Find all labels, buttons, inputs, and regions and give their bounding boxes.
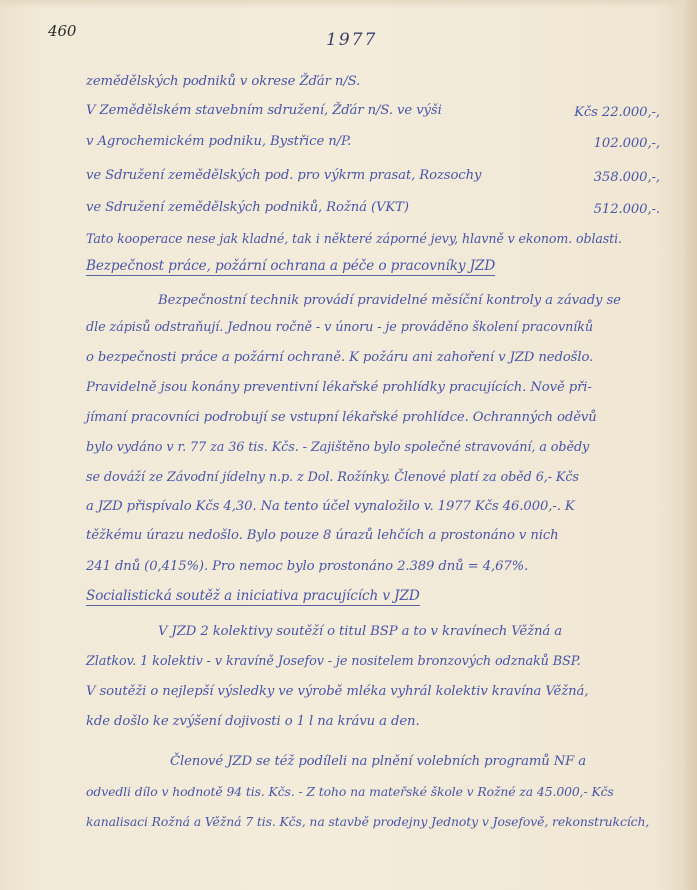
chronicle-page: 460 1977 zemědělských podniků v okrese Ž… [0,0,697,890]
investment-text: ve Sdružení zemědělských podniků, Rožná … [86,200,409,215]
paragraph-line: a JZD přispívalo Kčs 4,30. Na tento účel… [86,499,575,514]
investment-amount: 512.000,-. [520,202,660,217]
paragraph-line: odvedli dílo v hodnotě 94 tis. Kčs. - Z … [86,784,614,799]
investment-amount: 358.000,-, [520,170,660,185]
paragraph-line: se dováží ze Závodní jídelny n.p. z Dol.… [86,470,579,485]
investment-text: ve Sdružení zemědělských pod. pro výkrm … [86,168,481,183]
section-heading-safety: Bezpečnost práce, požární ochrana a péče… [86,258,495,276]
page-number: 460 [48,22,76,40]
cooperation-note: Tato kooperace nese jak kladné, tak i ně… [86,231,622,246]
investment-text: v Agrochemickém podniku, Bystřice n/P. [86,134,351,149]
year-heading: 1977 [326,30,377,50]
paragraph-line: kanalisaci Rožná a Věžná 7 tis. Kčs, na … [86,814,649,829]
paper-edge-right [683,0,697,890]
paragraph-line: jímaní pracovníci podrobují se vstupní l… [86,410,597,425]
investment-text: V Zemědělském stavebním sdružení, Žďár n… [86,103,442,118]
paragraph-line: kde došlo ke zvýšení dojivosti o 1 l na … [86,714,420,729]
paragraph-line: Bezpečnostní technik provádí pravidelné … [158,293,621,308]
investment-amount: 102.000,-, [520,136,660,151]
investment-amount: Kčs 22.000,-, [520,105,660,120]
paragraph-line: bylo vydáno v r. 77 za 36 tis. Kčs. - Za… [86,440,589,455]
intro-line: zemědělských podniků v okrese Žďár n/S. [86,74,360,89]
paragraph-line: o bezpečnosti práce a požární ochraně. K… [86,350,593,365]
paragraph-line: V soutěži o nejlepší výsledky ve výrobě … [86,684,588,699]
paragraph-line: Pravidelně jsou konány preventivní lékař… [86,380,592,395]
paragraph-line: těžkému úrazu nedošlo. Bylo pouze 8 úraz… [86,528,559,543]
section-heading-competition: Socialistická soutěž a iniciativa pracuj… [86,588,420,606]
paragraph-line: 241 dnů (0,415%). Pro nemoc bylo proston… [86,559,528,574]
paragraph-line: Zlatkov. 1 kolektiv - v kravíně Josefov … [86,654,581,669]
paper-edge-top [0,0,697,8]
paragraph-line: V JZD 2 kolektivy soutěží o titul BSP a … [158,624,562,639]
paragraph-line: dle zápisů odstraňují. Jednou ročně - v … [86,320,593,335]
paragraph-line: Členové JZD se též podíleli na plnění vo… [170,754,586,769]
